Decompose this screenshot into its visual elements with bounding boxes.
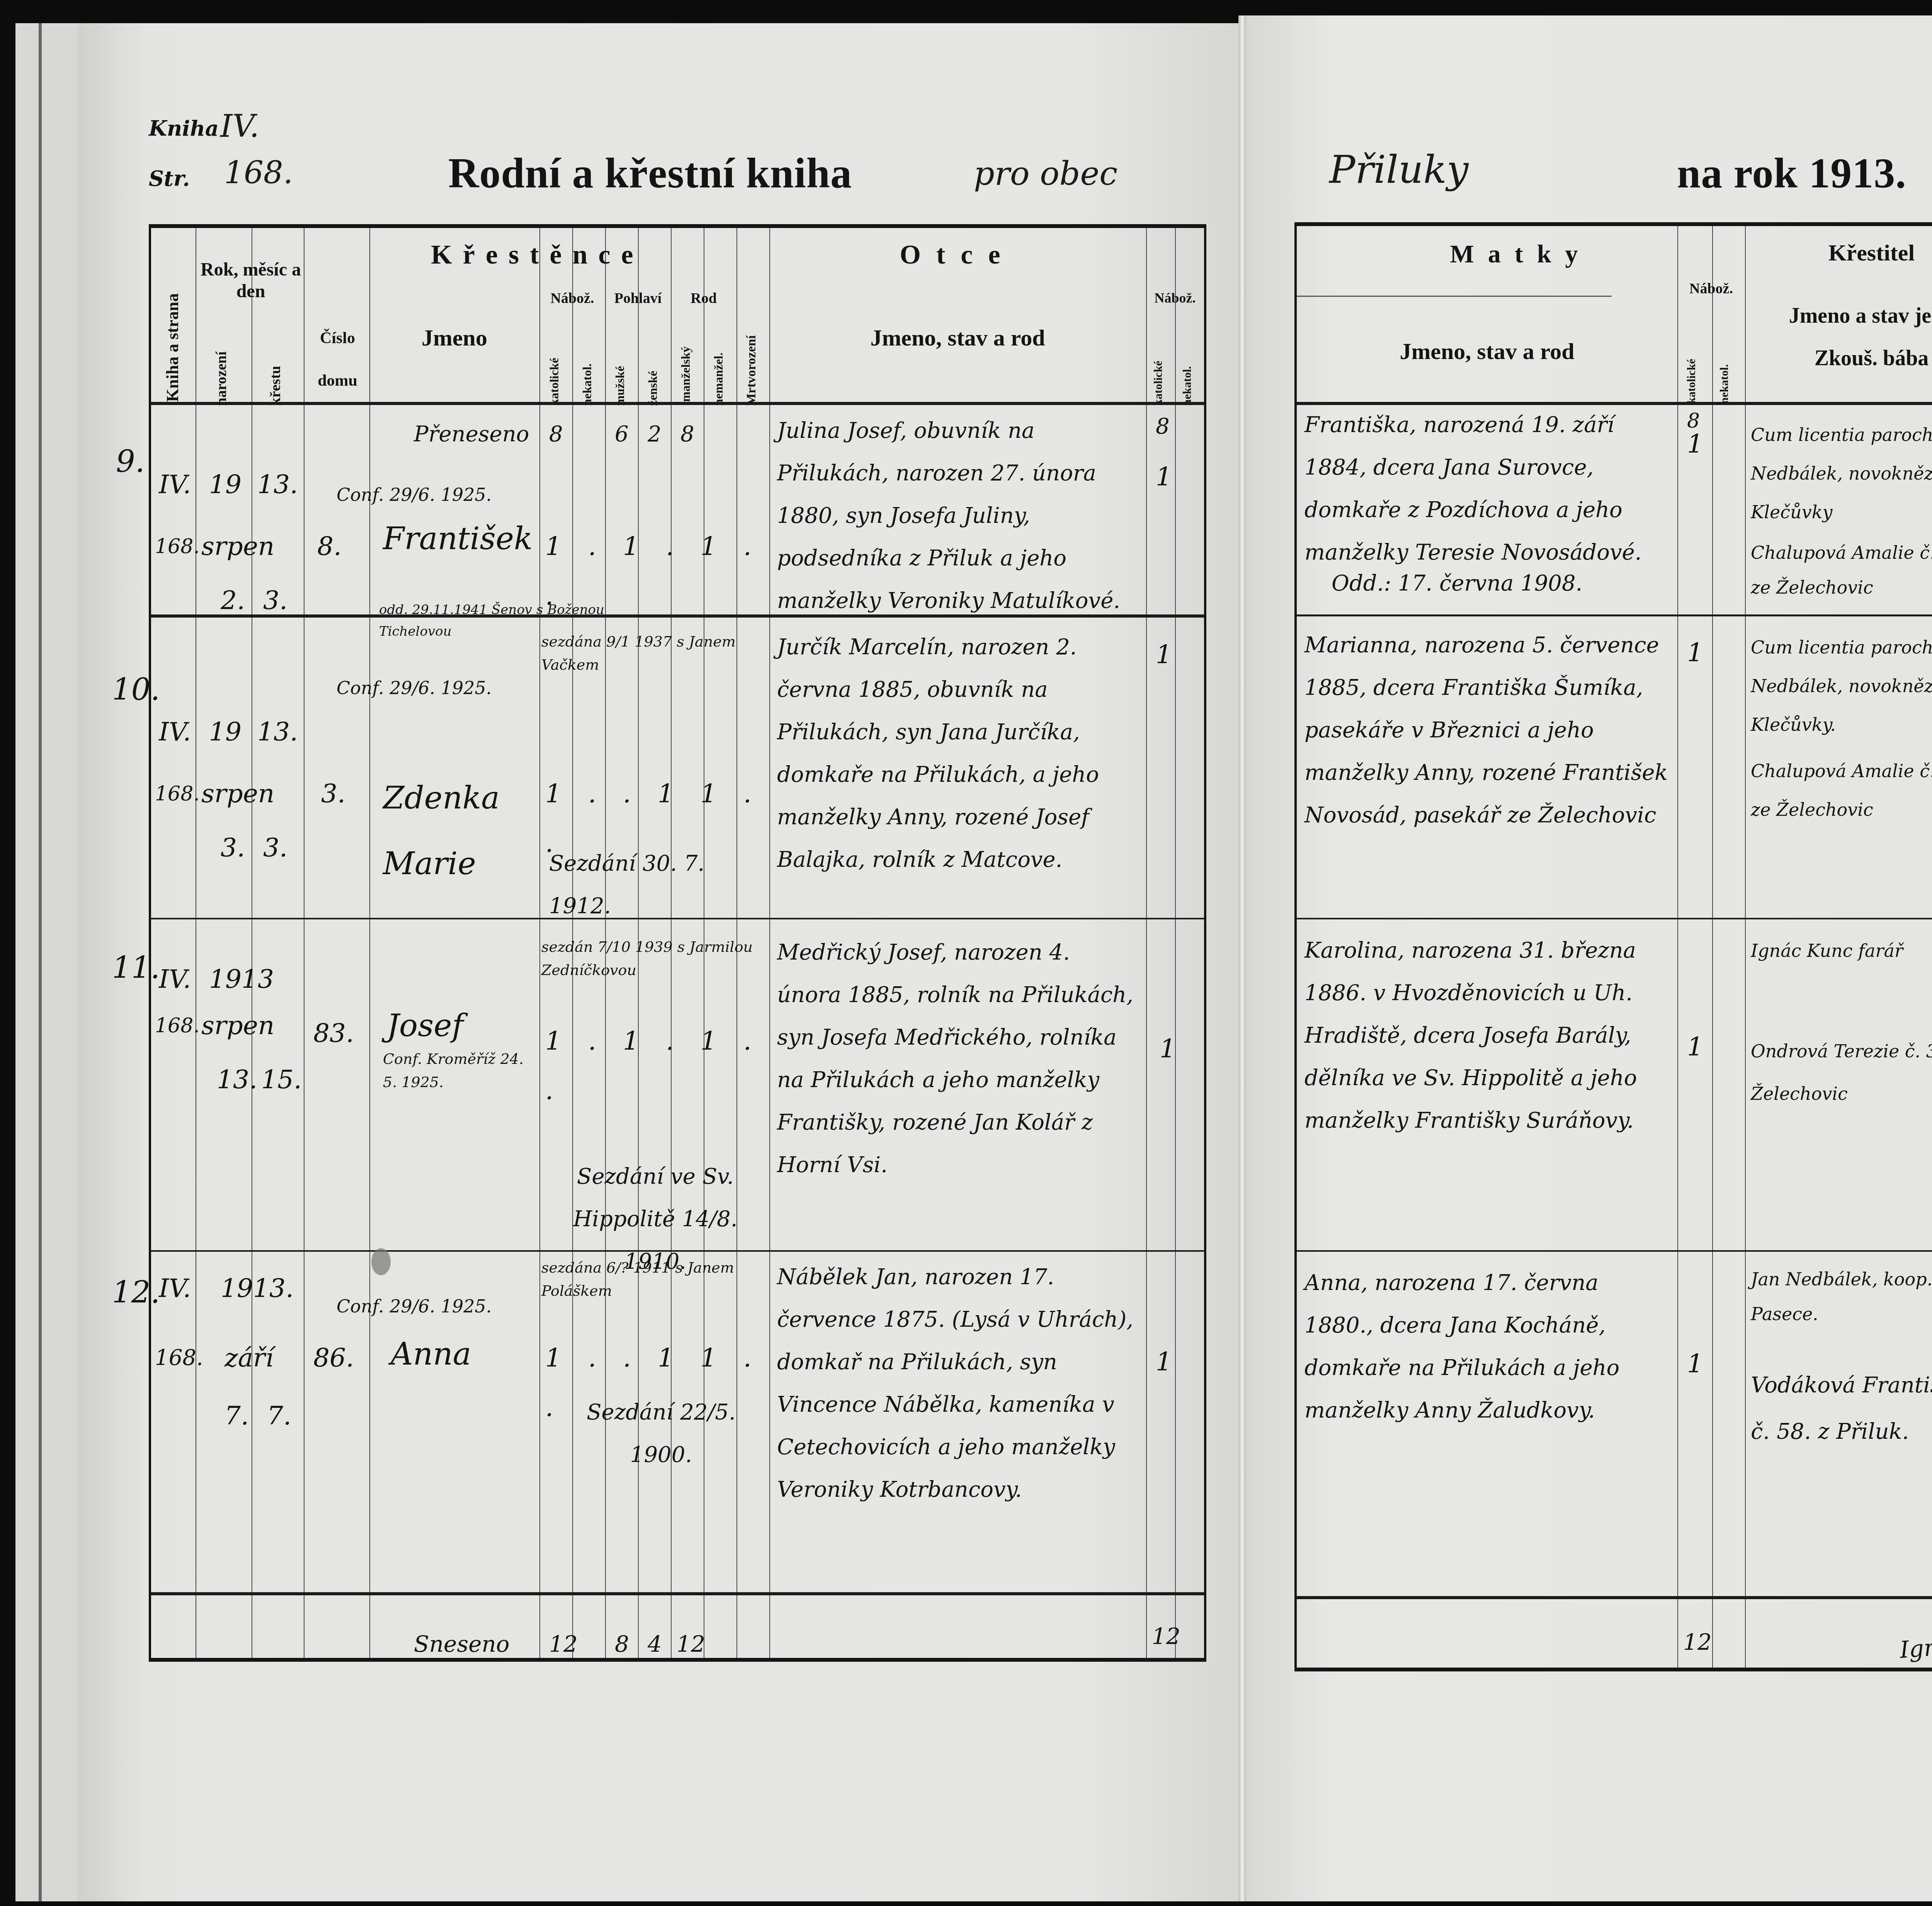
entry-strana: 168. [155, 1001, 200, 1050]
entry-den-krestu: 3. [263, 576, 287, 625]
header-krestitel: Křestitel [1745, 240, 1932, 266]
header-mrtvorozeni: Mrtvorození [744, 290, 759, 406]
col-divider [1677, 226, 1678, 1668]
entry-jmeno: Anna [391, 1329, 471, 1379]
col-divider [769, 228, 770, 1658]
entry-sezdani: Sezdání 30. 7. 1912. [549, 842, 765, 927]
col-divider [304, 228, 304, 1658]
entry-conf: Conf. Kroměříž 24. 5. 1925. [383, 1047, 537, 1094]
entry-otec-naboz: 1 [1156, 452, 1172, 502]
total-zenske: 4 [648, 1619, 662, 1669]
entry-number: 10. [112, 672, 160, 707]
header-krestu: křestu [267, 344, 284, 406]
header-nemanzel: nemanžel. [711, 328, 726, 406]
header-rod: Rod [671, 290, 736, 307]
entry-note: sezdána 9/1 1937 s Janem Vačkem [541, 630, 769, 676]
total-label: Sneseno [414, 1619, 510, 1669]
header-divider [151, 402, 1204, 405]
entry-krestitel: Ignác Kunc farář [1751, 929, 1932, 972]
entry-den-krestu: 7. [267, 1391, 291, 1441]
entry-krestitel: Cum licentia parochi: Jan Nedbálek, novo… [1751, 415, 1932, 531]
header-jmeno: Jmeno [371, 325, 537, 351]
entry-cislo-domu: 8. [317, 522, 342, 571]
entry-otec: Jurčík Marcelín, narozen 2. června 1885,… [777, 626, 1140, 881]
entry-conf: Conf. 29/6. 1925. [337, 483, 568, 506]
entry-rok-krestu: 13. [257, 707, 298, 757]
entry-baba: Chalupová Amalie č. 40. ze Želechovic [1751, 535, 1932, 605]
header-manzelsky: manželský [679, 317, 693, 402]
entry-strana: 168. [155, 522, 200, 571]
entry-rok: 19 [209, 707, 241, 757]
total-muzske: 8 [615, 1619, 629, 1669]
entry-jmeno: Josef [387, 1001, 463, 1050]
carried-over-manzelsky: 8 [680, 410, 694, 459]
col-divider [1146, 228, 1147, 1658]
header-otce: Otce [769, 240, 1146, 271]
signature: Ignác Kunc farář [1898, 1609, 1932, 1675]
row-divider [1297, 614, 1932, 616]
entry-marks: 1 . 1 . 1 . . [545, 522, 769, 621]
entry-den-krestu: 15. [261, 1055, 302, 1104]
right-register-table: Matky Jmeno, stav a rod Nábož. katolické… [1294, 222, 1932, 1671]
entry-conf: Conf. 29/6. 1925. [337, 1295, 553, 1318]
entry-cislo-domu: 83. [313, 1009, 354, 1058]
entry-den-narozeni: 3. [221, 823, 245, 873]
entry-den-narozeni: 2. [221, 576, 245, 625]
year-title: na rok 1913. [1677, 149, 1906, 198]
entry-strana: 168. [155, 1333, 203, 1383]
entry-rok-krestu: 13. [257, 460, 298, 509]
row-divider [1297, 918, 1932, 919]
header-cislo-domu: Číslo domu [306, 317, 369, 402]
header-matky-naboz: Nábož. [1677, 280, 1745, 297]
entry-otec: Medřický Josef, narozen 4. února 1885, r… [777, 931, 1140, 1186]
col-divider [196, 228, 196, 1658]
entry-matka-naboz: 1 [1687, 628, 1703, 677]
entry-number: 9. [116, 444, 145, 479]
kniha-label: Kniha [149, 116, 219, 141]
entry-krestitel: Jan Nedbálek, koop. v Pasece. [1751, 1262, 1932, 1331]
entry-baba: Vodáková Františka, č. 58. z Přiluk. [1751, 1362, 1932, 1455]
entry-note: sezdána 6/? 1911 s Janem Poláškem [541, 1256, 769, 1302]
header-matky-nekatol: nekatol. [1718, 334, 1731, 404]
total-mother-naboz: 12 [1683, 1617, 1712, 1667]
header-otce-katolicke: katolické [1152, 332, 1165, 406]
entry-number: 11. [112, 951, 160, 985]
col-divider [1712, 226, 1713, 1668]
header-pohlavi: Pohlaví [605, 290, 671, 307]
str-value: 168. [224, 155, 293, 191]
entry-strana: 168. [155, 769, 200, 819]
entry-matka-naboz: 1 [1687, 1022, 1703, 1072]
col-divider [369, 228, 370, 1658]
str-label: Str. [149, 166, 190, 191]
header-katolicke: katolické [547, 328, 561, 406]
book-scan: Kniha IV. Str. 168. Rodní a křestní knih… [0, 0, 1932, 1906]
total-father-naboz: 12 [1152, 1612, 1180, 1661]
entry-note: sezdán 7/10 1939 s Jarmilou Zedníčkovou [541, 935, 769, 982]
entry-jmeno: František [383, 514, 533, 563]
carried-over-father-naboz: 8 [1156, 402, 1170, 451]
header-muzske: mužské [613, 340, 627, 406]
pro-obec-label: pro obec [974, 155, 1117, 192]
header-matky-katolicke: katolické [1685, 327, 1698, 404]
entry-mesic: srpen [201, 769, 274, 819]
header-matky: Matky [1297, 240, 1745, 269]
header-matky-jmeno: Jmeno, stav a rod [1297, 338, 1677, 365]
header-zkous-baba: Zkouš. bába [1745, 346, 1932, 371]
col-divider [539, 228, 540, 1658]
entry-kniha: IV. [159, 1264, 191, 1313]
col-divider [1175, 228, 1176, 1658]
entry-cislo-domu: 86. [313, 1333, 354, 1383]
header-naboz: Nábož. [539, 290, 605, 307]
entry-rok: 19 [209, 460, 241, 509]
entry-otec-naboz: 1 [1156, 1337, 1172, 1387]
header-nekatol: nekatol. [580, 336, 594, 406]
entry-oddani: Odd.: 17. června 1908. [1332, 562, 1679, 605]
carried-over-naboz: 8 [549, 410, 563, 459]
entry-otec: Julina Josef, obuvník na Přilukách, naro… [777, 410, 1140, 622]
entry-baba: Ondrová Terezie č. 33. ze Želechovic [1751, 1030, 1932, 1115]
entry-otec-naboz: 1 [1160, 1024, 1176, 1074]
header-krestence: Křestěnce [306, 240, 769, 271]
entry-conf: Conf. 29/6. 1925. [337, 676, 537, 699]
entry-kniha: IV. [159, 460, 191, 509]
entry-den-krestu: 3. [263, 823, 287, 873]
carried-over-muzske: 6 [615, 410, 629, 459]
entry-matka: Marianna, narozena 5. července 1885, dce… [1304, 624, 1672, 837]
row-divider [151, 1592, 1204, 1595]
col-divider [1745, 226, 1746, 1668]
carried-over-label: Přeneseno [414, 410, 529, 459]
entry-matka: Karolina, narozena 31. března 1886. v Hv… [1304, 929, 1672, 1142]
kniha-value: IV. [220, 108, 259, 144]
row-divider [1297, 1596, 1932, 1599]
entry-mesic: srpen [201, 1001, 274, 1050]
entry-rok: 1913. [221, 1264, 294, 1313]
entry-krestitel: Cum licentia parochi: Jan Nedbálek, novo… [1751, 628, 1932, 744]
ink-smudge [371, 1248, 391, 1275]
header-zenske: ženské [646, 340, 660, 406]
entry-cislo-domu: 3. [321, 769, 345, 819]
col-divider [252, 228, 252, 1658]
entry-otec-naboz: 1 [1156, 630, 1172, 679]
entry-mesic: září [224, 1333, 274, 1383]
entry-den-narozeni: 13. [217, 1055, 257, 1104]
header-otce-naboz: Nábož. [1146, 290, 1204, 306]
row-divider [1297, 1250, 1932, 1252]
header-krestitel-sub: Jmeno a stav jeho [1745, 303, 1932, 328]
header-narozeni: narození [213, 328, 230, 406]
entry-kniha: IV. [159, 707, 191, 757]
entry-sezdani: Sezdání 22/5. 1900. [553, 1391, 769, 1476]
entry-matka-naboz: 1 [1687, 419, 1703, 469]
header-subdivider [1297, 296, 1612, 297]
entry-kniha: IV. [159, 955, 191, 1004]
entry-baba: Chalupová Amalie č. 40. ze Želechovic [1751, 752, 1932, 829]
book-edge-left [15, 23, 87, 1901]
carried-over-zenske: 2 [648, 410, 662, 459]
entry-matka: Františka, narozená 19. září 1884, dcera… [1304, 404, 1672, 574]
entry-jmeno: Zdenka Marie [383, 765, 537, 897]
entry-rok: 1913 [209, 955, 274, 1004]
entry-den-narozeni: 7. [224, 1391, 249, 1441]
total-naboz: 12 [549, 1619, 578, 1669]
entry-number: 12. [112, 1275, 160, 1310]
entry-marks: 1 . 1 . 1 . . [545, 1016, 769, 1115]
entry-mesic: srpen [201, 522, 274, 571]
entry-matka-naboz: 1 [1687, 1339, 1703, 1389]
book-gutter [1238, 15, 1246, 1901]
entry-otec: Nábělek Jan, narozen 17. července 1875. … [777, 1256, 1140, 1511]
obec-value: Přiluky [1329, 147, 1469, 192]
header-rok-mesic-den: Rok, měsíc a den [197, 259, 305, 302]
total-manzelsky: 12 [677, 1619, 705, 1669]
header-otce-jmeno: Jmeno, stav a rod [769, 325, 1146, 351]
header-kniha-strana: Kniha a strana [163, 286, 182, 402]
left-register-table: Kniha a strana Rok, měsíc a den narození… [149, 224, 1206, 1662]
entry-matka: Anna, narozena 17. června 1880., dcera J… [1304, 1262, 1672, 1432]
page-title: Rodní a křestní kniha [448, 149, 852, 198]
header-otce-nekatol: nekatol. [1181, 340, 1194, 406]
